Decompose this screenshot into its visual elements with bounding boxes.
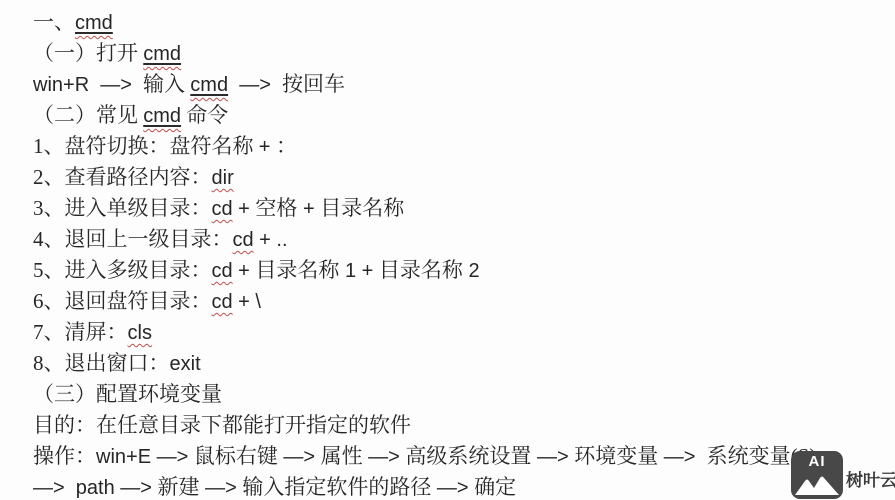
text-segment: 5、进入多级目录：	[33, 258, 212, 282]
code-token: —>	[200, 477, 243, 499]
text-segment: 确定	[474, 475, 516, 499]
text-segment: 高级系统设置	[405, 444, 531, 468]
code-token: —>	[89, 74, 143, 96]
doc-line: win+R —> 输入 cmd —> 按回车	[33, 69, 895, 100]
code-token-underlined: cmd	[143, 43, 181, 65]
doc-line: —> path —> 新建 —> 输入指定软件的路径 —> 确定	[33, 472, 895, 500]
text-segment: 目录名称	[379, 258, 463, 282]
code-token: +	[233, 198, 256, 220]
code-token: —>	[151, 446, 194, 468]
doc-line: 4、退回上一级目录：cd + ..	[33, 224, 895, 255]
text-segment: （二）常见	[33, 103, 143, 127]
text-segment: 操作：	[33, 444, 96, 468]
code-token: cmd	[143, 43, 181, 65]
code-token: +	[233, 260, 256, 282]
code-token: —>	[228, 74, 282, 96]
code-token: win+E	[96, 446, 151, 468]
text-segment: （三）配置环境变量	[33, 382, 222, 406]
code-token: + ..	[254, 229, 288, 251]
code-token: 1 +	[339, 260, 378, 282]
code-token: cmd	[75, 12, 113, 34]
code-token-underlined: cmd	[75, 12, 113, 34]
text-segment: 输入	[143, 72, 190, 96]
code-token: —>	[431, 477, 474, 499]
text-segment: 按回车	[282, 72, 345, 96]
text-segment: 目的：在任意目录下都能打开指定的软件	[33, 413, 411, 437]
code-token: cd	[212, 291, 233, 313]
doc-line: 1、盘符切换：盘符名称 + ：	[33, 131, 895, 162]
doc-line: （一）打开 cmd	[33, 38, 895, 69]
doc-line: 8、退出窗口：exit	[33, 348, 895, 379]
code-token: win+R	[33, 74, 89, 96]
text-segment: 空格	[255, 196, 297, 220]
code-token: exit	[170, 353, 201, 375]
doc-line: 操作：win+E —> 鼠标右键 —> 属性 —> 高级系统设置 —> 环境变量…	[33, 441, 895, 472]
text-segment: 目录名称	[320, 196, 404, 220]
doc-line: 7、清屏：cls	[33, 317, 895, 348]
watermark-brand-label: 树叶云	[846, 466, 895, 491]
code-token: +	[259, 136, 276, 158]
ai-badge-label: AI	[809, 453, 826, 471]
code-token: cd	[212, 198, 233, 220]
text-segment: 7、清屏：	[33, 320, 128, 344]
code-token: + \	[233, 291, 261, 313]
code-token: cd	[233, 229, 254, 251]
doc-line: 5、进入多级目录：cd + 目录名称 1 + 目录名称 2	[33, 255, 895, 286]
code-token-underlined: cmd	[190, 74, 228, 96]
code-token: cls	[128, 322, 152, 344]
text-segment: 6、退回盘符目录：	[33, 289, 212, 313]
text-segment: 目录名称	[255, 258, 339, 282]
watermark: AI 树叶云	[791, 451, 895, 499]
code-token: cmd	[143, 105, 181, 127]
code-token: —>	[363, 446, 406, 468]
code-token-underlined: cmd	[143, 105, 181, 127]
code-token: cmd	[190, 74, 228, 96]
text-segment: 3、进入单级目录：	[33, 196, 212, 220]
ai-image-badge: AI	[791, 451, 843, 499]
doc-line: 6、退回盘符目录：cd + \	[33, 286, 895, 317]
text-segment: 8、退出窗口：	[33, 351, 170, 375]
text-segment: 2、查看路径内容：	[33, 165, 212, 189]
code-token: —>	[115, 477, 158, 499]
doc-line: 一、cmd	[33, 7, 895, 38]
code-token: cd	[212, 260, 233, 282]
text-segment: （一）打开	[33, 41, 143, 65]
text-segment: 4、退回上一级目录：	[33, 227, 233, 251]
document-body: 一、cmd（一）打开 cmdwin+R —> 输入 cmd —> 按回车（二）常…	[33, 7, 895, 500]
text-segment: 鼠标右键	[194, 444, 278, 468]
code-token: —>	[33, 477, 76, 499]
text-segment: 属性	[321, 444, 363, 468]
text-segment: 新建	[158, 475, 200, 499]
code-token: —>	[278, 446, 321, 468]
text-segment: 一、	[33, 10, 75, 34]
code-token: path	[76, 477, 115, 499]
code-token: dir	[212, 167, 234, 189]
text-segment: ：	[276, 134, 297, 158]
doc-line: 2、查看路径内容：dir	[33, 162, 895, 193]
doc-line: 目的：在任意目录下都能打开指定的软件	[33, 410, 895, 441]
code-token: +	[297, 198, 320, 220]
doc-line: （三）配置环境变量	[33, 379, 895, 410]
code-token: 2	[463, 260, 480, 282]
text-segment: 输入指定软件的路径	[242, 475, 431, 499]
document-page: 一、cmd（一）打开 cmdwin+R —> 输入 cmd —> 按回车（二）常…	[0, 0, 895, 500]
text-segment: 1、盘符切换：盘符名称	[33, 134, 259, 158]
text-segment: 环境变量	[574, 444, 658, 468]
code-token: —>	[658, 446, 706, 468]
text-segment: 命令	[181, 103, 228, 127]
doc-line: 3、进入单级目录：cd + 空格 + 目录名称	[33, 193, 895, 224]
code-token: —>	[531, 446, 574, 468]
mountain-photo-icon	[795, 475, 839, 495]
doc-line: （二）常见 cmd 命令	[33, 100, 895, 131]
